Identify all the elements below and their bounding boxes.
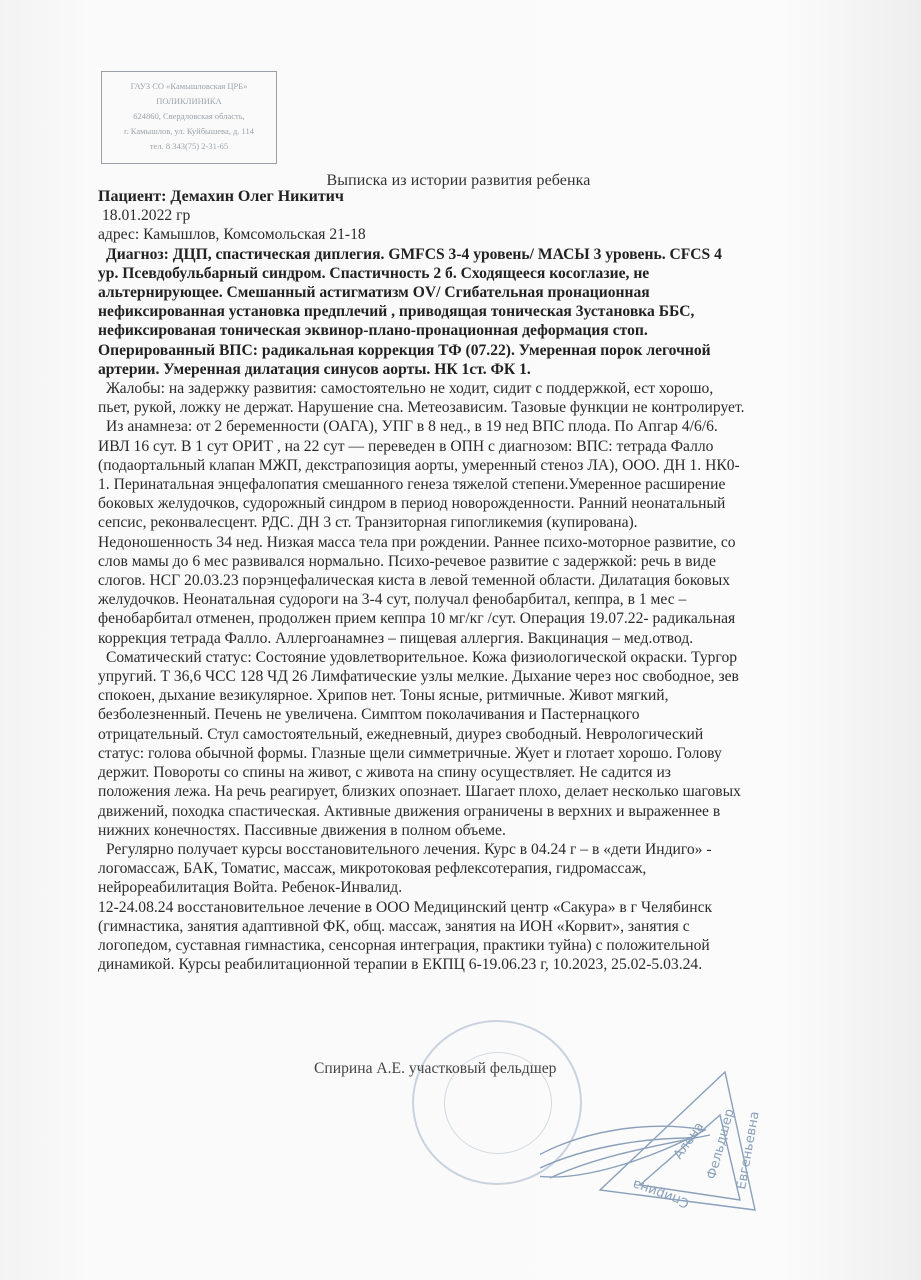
patient-name: Пациент: Демахин Олег Никитич xyxy=(98,187,820,206)
letterhead-line: ГАУЗ СО «Камышловская ЦРБ» xyxy=(102,79,276,94)
stamp-text: Спирина xyxy=(631,1176,692,1210)
diagnosis-line: альтернирующее. Смешанный астигматизм OV… xyxy=(98,283,820,302)
rehab-line: 12-24.08.24 восстановительное лечение в … xyxy=(98,898,820,917)
anamnesis-line: фенобарбитал отменен, продолжен прием ке… xyxy=(98,609,820,628)
rehab-line: логопедом, суставная гимнастика, сенсорн… xyxy=(98,936,820,955)
anamnesis-line: ИВЛ 16 сут. В 1 сут ОРИТ , на 22 сут — п… xyxy=(98,437,820,456)
rehab-line: логомассаж, БАК, Томатис, массаж, микрот… xyxy=(98,859,820,878)
birth-date: 18.01.2022 гр xyxy=(98,206,820,225)
anamnesis-line: сепсис, реконвалесцент. РДС. ДН 3 ст. Тр… xyxy=(98,513,820,532)
rehab-line: (гимнастика, занятия адаптивной ФК, общ.… xyxy=(98,917,820,936)
anamnesis-line: Из анамнеза: от 2 беременности (ОАГА), У… xyxy=(98,417,820,436)
rehab-line: нейрореабилитация Войта. Ребенок-Инвалид… xyxy=(98,878,820,897)
anamnesis-line: слогов. НСГ 20.03.23 порэнцефалическая к… xyxy=(98,571,820,590)
letterhead-line: ПОЛИКЛИНИКА xyxy=(102,94,276,109)
anamnesis-line: боковых желудочков, судорожный синдром в… xyxy=(98,494,820,513)
letterhead-stamp: ГАУЗ СО «Камышловская ЦРБ» ПОЛИКЛИНИКА 6… xyxy=(101,71,277,164)
diagnosis-line: артерии. Умеренная дилатация синусов аор… xyxy=(98,360,820,379)
diagnosis-line: нефиксированая тоническая эквинор-плано-… xyxy=(98,321,820,340)
anamnesis-section: Из анамнеза: от 2 беременности (ОАГА), У… xyxy=(98,417,820,647)
somatic-line: отрицательный. Стул самостоятельный, еже… xyxy=(98,725,820,744)
anamnesis-line: слов мамы до 6 мес развивался нормально.… xyxy=(98,552,820,571)
somatic-line: спокоен, дыхание везикулярное. Хрипов не… xyxy=(98,686,820,705)
complaints-line: Жалобы: на задержку развития: самостояте… xyxy=(98,379,820,398)
letterhead-line: г. Камышлов, ул. Куйбышева, д. 114 xyxy=(102,124,276,139)
document-page: ГАУЗ СО «Камышловская ЦРБ» ПОЛИКЛИНИКА 6… xyxy=(0,0,921,1280)
signature-and-triangle-stamp-icon: Спирина Фельдшер Алена Евгеньевна xyxy=(540,1060,780,1220)
complaints-section: Жалобы: на задержку развития: самостояте… xyxy=(98,379,820,417)
diagnosis-line: ур. Псевдобульбарный синдром. Спастичнос… xyxy=(98,264,820,283)
anamnesis-line: Недоношенность 34 нед. Низкая масса тела… xyxy=(98,533,820,552)
rehab-line: динамикой. Курсы реабилитационной терапи… xyxy=(98,955,820,974)
somatic-line: движений, походка спастическая. Активные… xyxy=(98,802,820,821)
diagnosis-section: Диагноз: ДЦП, спастическая диплегия. GMF… xyxy=(98,245,820,379)
anamnesis-line: желудочков. Неонатальная судороги на 3-4… xyxy=(98,590,820,609)
document-body: Пациент: Демахин Олег Никитич 18.01.2022… xyxy=(98,187,820,974)
complaints-line: пьет, рукой, ложку не держат. Нарушение … xyxy=(98,398,820,417)
signature-line: Спирина А.Е. участковый фельдшер xyxy=(314,1060,556,1078)
letterhead-line: 624860, Свердловская область, xyxy=(102,109,276,124)
diagnosis-line: нефиксированная установка предплечий , п… xyxy=(98,302,820,321)
rehab-line: Регулярно получает курсы восстановительн… xyxy=(98,840,820,859)
anamnesis-line: 1. Перинатальная энцефалопатия смешанног… xyxy=(98,475,820,494)
somatic-line: положения лежа. На речь реагирует, близк… xyxy=(98,782,820,801)
somatic-line: безболезненный. Печень не увеличена. Сим… xyxy=(98,705,820,724)
somatic-line: статус: голова обычной формы. Глазные ще… xyxy=(98,744,820,763)
letterhead-line: тел. 8 343(75) 2-31-65 xyxy=(102,139,276,154)
somatic-status-section: Соматический статус: Состояние удовлетво… xyxy=(98,648,820,840)
anamnesis-line: (подаортальный клапан МЖП, декстрапозици… xyxy=(98,456,820,475)
somatic-line: Соматический статус: Состояние удовлетво… xyxy=(98,648,820,667)
patient-address: адрес: Камышлов, Комсомольская 21-18 xyxy=(98,225,820,244)
stamp-text: Евгеньевна xyxy=(734,1110,762,1190)
somatic-line: упругий. Т 36,6 ЧСС 128 ЧД 26 Лимфатичес… xyxy=(98,667,820,686)
anamnesis-line: коррекция тетрада Фалло. Аллергоанамнез … xyxy=(98,629,820,648)
rehabilitation-section: Регулярно получает курсы восстановительн… xyxy=(98,840,820,974)
somatic-line: нижних конечностях. Пассивные движения в… xyxy=(98,821,820,840)
diagnosis-line: Диагноз: ДЦП, спастическая диплегия. GMF… xyxy=(98,245,820,264)
diagnosis-line: Оперированный ВПС: радикальная коррекция… xyxy=(98,341,820,360)
somatic-line: держит. Повороты со спины на живот, с жи… xyxy=(98,763,820,782)
